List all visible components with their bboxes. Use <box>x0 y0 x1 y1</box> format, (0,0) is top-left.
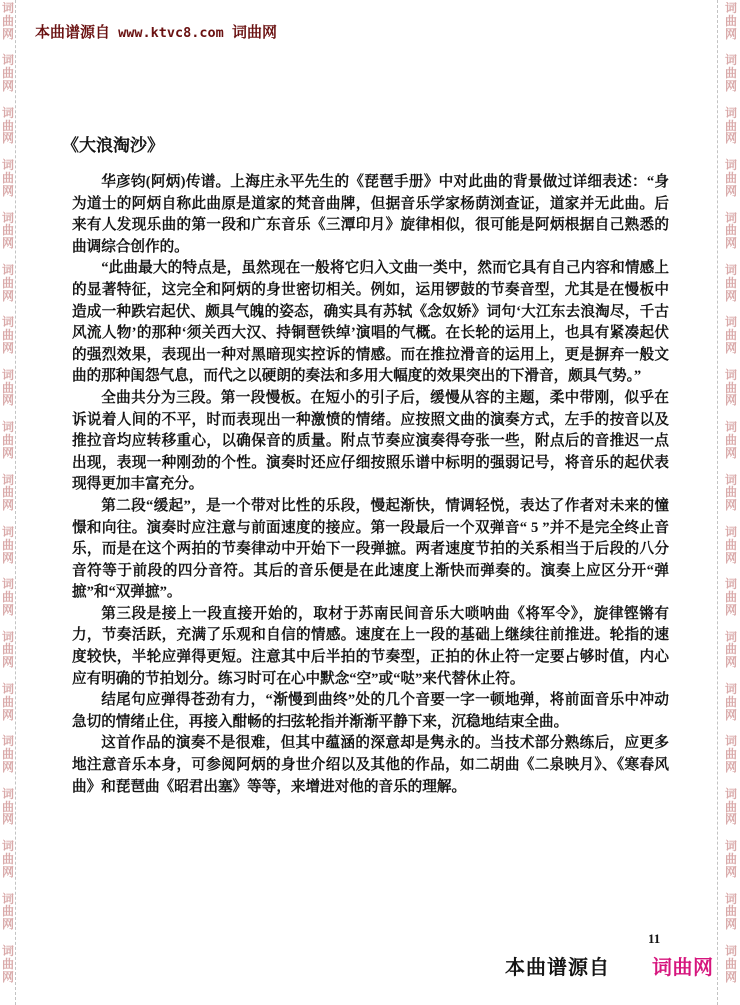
side-watermark-group: 词曲网 <box>724 421 738 459</box>
side-watermark-char: 网 <box>724 80 738 93</box>
side-watermark-char: 词 <box>1 945 15 958</box>
side-watermark-group: 词曲网 <box>1 945 15 983</box>
right-dashed-divider <box>717 0 718 1005</box>
side-watermark-group: 词曲网 <box>1 526 15 564</box>
side-watermark-char: 网 <box>1 290 15 303</box>
side-watermark-char: 网 <box>724 447 738 460</box>
paragraph-1: 华彦钧(阿炳)传谱。上海庄永平先生的《琵琶手册》中对此曲的背景做过详细表述：“身… <box>72 172 669 258</box>
side-watermark-char: 网 <box>1 342 15 355</box>
side-watermark-char: 网 <box>724 761 738 774</box>
side-watermark-char: 网 <box>724 709 738 722</box>
side-watermark-char: 曲 <box>724 277 738 290</box>
side-watermark-group: 词曲网 <box>1 631 15 669</box>
side-watermark-char: 网 <box>724 552 738 565</box>
side-watermark-char: 网 <box>724 28 738 41</box>
side-watermark-char: 词 <box>1 264 15 277</box>
side-watermark-char: 曲 <box>1 15 15 28</box>
side-watermark-char: 网 <box>724 394 738 407</box>
piece-title: 《大浪淘沙》 <box>62 131 164 156</box>
side-watermark-char: 词 <box>724 264 738 277</box>
side-watermark-group: 词曲网 <box>1 474 15 512</box>
paragraph-5: 第三段是接上一段直接开始的，取材于苏南民间音乐大唢呐曲《将军令》，旋律铿锵有力，… <box>72 604 669 690</box>
side-watermark-group: 词曲网 <box>724 474 738 512</box>
side-watermark-char: 曲 <box>724 958 738 971</box>
side-watermark-char: 词 <box>1 526 15 539</box>
side-watermark-group: 词曲网 <box>1 2 15 40</box>
header-watermark-prefix: 本曲谱源自 <box>35 24 110 41</box>
side-watermark-group: 词曲网 <box>1 840 15 878</box>
side-watermark-char: 曲 <box>724 434 738 447</box>
side-watermark-char: 网 <box>724 813 738 826</box>
side-watermark-char: 网 <box>1 237 15 250</box>
header-watermark-suffix: 词曲网 <box>232 24 277 41</box>
left-watermark-column: 词曲网词曲网词曲网词曲网词曲网词曲网词曲网词曲网词曲网词曲网词曲网词曲网词曲网词… <box>1 2 15 1005</box>
side-watermark-char: 词 <box>724 683 738 696</box>
footer-watermark: 本曲谱源自词曲网 <box>505 951 714 980</box>
paragraph-4: 第二段“缓起”，是一个带对比性的乐段，慢起渐快，情调轻悦，表达了作者对未来的憧憬… <box>72 496 669 604</box>
side-watermark-char: 词 <box>724 369 738 382</box>
side-watermark-char: 网 <box>724 499 738 512</box>
paragraph-3: 全曲共分为三段。第一段慢板。在短小的引子后，缓慢从容的主题，柔中带刚，似乎在诉说… <box>72 388 669 496</box>
side-watermark-char: 曲 <box>1 434 15 447</box>
side-watermark-group: 词曲网 <box>724 316 738 354</box>
side-watermark-group: 词曲网 <box>724 945 738 983</box>
side-watermark-char: 网 <box>1 394 15 407</box>
side-watermark-group: 词曲网 <box>1 578 15 616</box>
side-watermark-char: 曲 <box>724 172 738 185</box>
side-watermark-char: 曲 <box>1 172 15 185</box>
side-watermark-char: 曲 <box>724 539 738 552</box>
side-watermark-char: 网 <box>1 447 15 460</box>
side-watermark-group: 词曲网 <box>724 578 738 616</box>
side-watermark-char: 网 <box>724 290 738 303</box>
side-watermark-group: 词曲网 <box>724 159 738 197</box>
side-watermark-group: 词曲网 <box>724 788 738 826</box>
side-watermark-group: 词曲网 <box>1 107 15 145</box>
side-watermark-group: 词曲网 <box>1 421 15 459</box>
paragraph-6: 结尾句应弹得苍劲有力，“渐慢到曲终”处的几个音要一字一顿地弹，将前面音乐中冲动急… <box>72 690 669 733</box>
side-watermark-char: 网 <box>724 185 738 198</box>
side-watermark-group: 词曲网 <box>724 54 738 92</box>
side-watermark-char: 词 <box>724 526 738 539</box>
header-watermark-url: www.ktvc8.com <box>110 25 232 41</box>
side-watermark-char: 词 <box>724 107 738 120</box>
side-watermark-char: 曲 <box>724 591 738 604</box>
side-watermark-group: 词曲网 <box>1 54 15 92</box>
side-watermark-group: 词曲网 <box>724 840 738 878</box>
left-dashed-divider <box>15 0 16 1005</box>
side-watermark-char: 网 <box>1 866 15 879</box>
side-watermark-char: 词 <box>724 2 738 15</box>
side-watermark-char: 曲 <box>1 853 15 866</box>
side-watermark-char: 网 <box>1 709 15 722</box>
side-watermark-char: 网 <box>1 185 15 198</box>
side-watermark-char: 词 <box>1 2 15 15</box>
article-body: 华彦钧(阿炳)传谱。上海庄永平先生的《琵琶手册》中对此曲的背景做过详细表述：“身… <box>72 172 669 798</box>
side-watermark-char: 网 <box>1 28 15 41</box>
side-watermark-char: 曲 <box>724 853 738 866</box>
header-watermark: 本曲谱源自 www.ktvc8.com 词曲网 <box>35 21 277 42</box>
side-watermark-group: 词曲网 <box>724 735 738 773</box>
side-watermark-char: 网 <box>1 80 15 93</box>
footer-watermark-source: 本曲谱源自 <box>505 957 610 979</box>
side-watermark-group: 词曲网 <box>724 893 738 931</box>
footer-watermark-site: 词曲网 <box>652 957 714 979</box>
side-watermark-char: 词 <box>724 421 738 434</box>
side-watermark-char: 网 <box>1 552 15 565</box>
side-watermark-char: 词 <box>1 421 15 434</box>
side-watermark-char: 网 <box>1 656 15 669</box>
side-watermark-group: 词曲网 <box>724 369 738 407</box>
side-watermark-char: 网 <box>724 237 738 250</box>
side-watermark-group: 词曲网 <box>1 893 15 931</box>
side-watermark-char: 网 <box>724 918 738 931</box>
side-watermark-char: 网 <box>1 971 15 984</box>
side-watermark-group: 词曲网 <box>724 2 738 40</box>
side-watermark-char: 网 <box>1 813 15 826</box>
side-watermark-group: 词曲网 <box>724 107 738 145</box>
side-watermark-char: 词 <box>724 945 738 958</box>
side-watermark-group: 词曲网 <box>1 159 15 197</box>
side-watermark-char: 网 <box>724 132 738 145</box>
page-number: 11 <box>648 931 660 947</box>
side-watermark-group: 词曲网 <box>1 316 15 354</box>
side-watermark-char: 词 <box>1 107 15 120</box>
side-watermark-char: 网 <box>724 656 738 669</box>
side-watermark-char: 网 <box>1 918 15 931</box>
side-watermark-char: 曲 <box>724 696 738 709</box>
left-watermark-chars: 词曲网词曲网词曲网词曲网词曲网词曲网词曲网词曲网词曲网词曲网词曲网词曲网词曲网词… <box>1 2 15 983</box>
side-watermark-char: 网 <box>724 604 738 617</box>
side-watermark-group: 词曲网 <box>724 683 738 721</box>
side-watermark-group: 词曲网 <box>724 526 738 564</box>
side-watermark-group: 词曲网 <box>1 212 15 250</box>
side-watermark-char: 曲 <box>1 277 15 290</box>
side-watermark-char: 词 <box>1 788 15 801</box>
side-watermark-char: 网 <box>724 971 738 984</box>
side-watermark-group: 词曲网 <box>1 683 15 721</box>
side-watermark-char: 词 <box>724 788 738 801</box>
side-watermark-char: 词 <box>1 369 15 382</box>
side-watermark-group: 词曲网 <box>1 369 15 407</box>
side-watermark-char: 词 <box>1 683 15 696</box>
side-watermark-char: 网 <box>1 132 15 145</box>
paragraph-2: “此曲最大的特点是，虽然现在一般将它归入文曲一类中，然而它具有自己内容和情感上的… <box>72 258 669 388</box>
side-watermark-char: 曲 <box>1 539 15 552</box>
side-watermark-char: 曲 <box>724 15 738 28</box>
side-watermark-char: 网 <box>1 604 15 617</box>
side-watermark-char: 曲 <box>1 958 15 971</box>
side-watermark-group: 词曲网 <box>1 788 15 826</box>
side-watermark-char: 曲 <box>1 696 15 709</box>
side-watermark-char: 网 <box>724 866 738 879</box>
side-watermark-group: 词曲网 <box>1 264 15 302</box>
side-watermark-char: 曲 <box>1 591 15 604</box>
side-watermark-group: 词曲网 <box>1 735 15 773</box>
side-watermark-char: 网 <box>1 499 15 512</box>
side-watermark-char: 网 <box>1 761 15 774</box>
side-watermark-char: 网 <box>724 342 738 355</box>
side-watermark-group: 词曲网 <box>724 631 738 669</box>
right-watermark-chars: 词曲网词曲网词曲网词曲网词曲网词曲网词曲网词曲网词曲网词曲网词曲网词曲网词曲网词… <box>724 2 738 983</box>
paragraph-7: 这首作品的演奏不是很难，但其中蕴涵的深意却是隽永的。当技术部分熟练后，应更多地注… <box>72 733 669 798</box>
scanned-document-page: 词曲网词曲网词曲网词曲网词曲网词曲网词曲网词曲网词曲网词曲网词曲网词曲网词曲网词… <box>0 0 740 1005</box>
side-watermark-group: 词曲网 <box>724 212 738 250</box>
right-watermark-column: 词曲网词曲网词曲网词曲网词曲网词曲网词曲网词曲网词曲网词曲网词曲网词曲网词曲网词… <box>724 2 738 1005</box>
side-watermark-group: 词曲网 <box>724 264 738 302</box>
